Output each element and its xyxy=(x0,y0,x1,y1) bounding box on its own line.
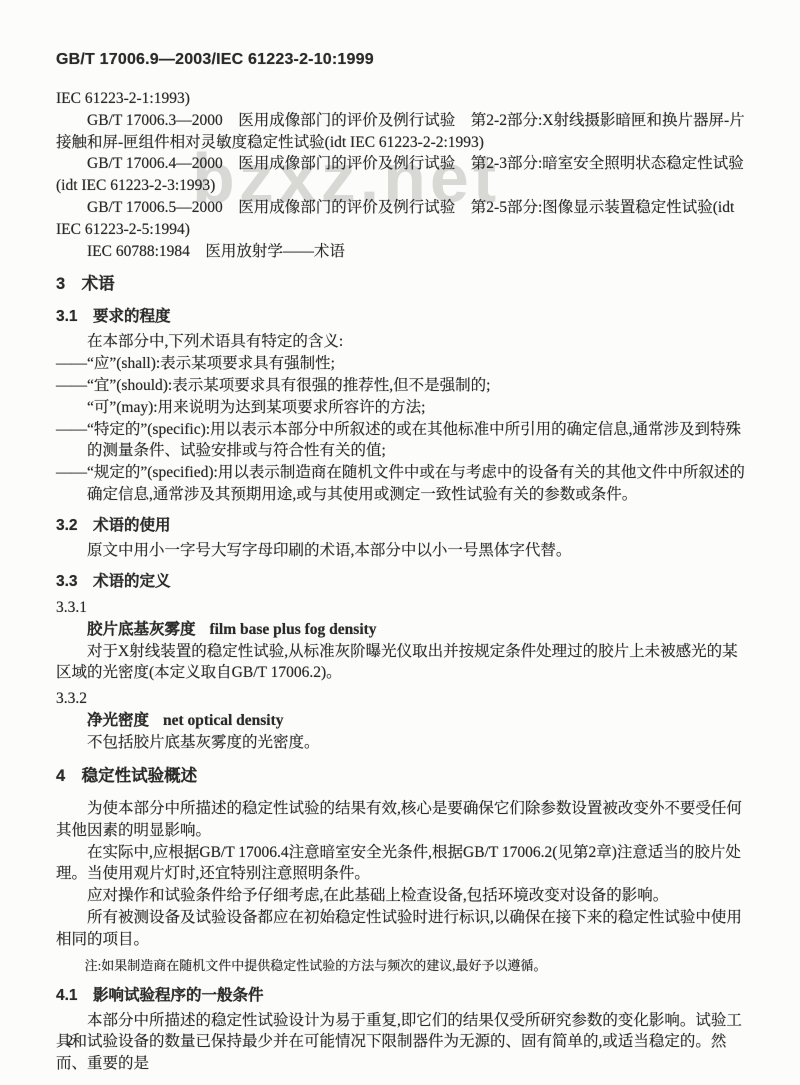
section-3-1-heading: 3.1 要求的程度 xyxy=(56,306,748,328)
term-usage-item: ——“宜”(should):表示某项要求具有很强的推荐性,但不是强制的; xyxy=(56,375,748,397)
document-header: GB/T 17006.9—2003/IEC 61223-2-10:1999 xyxy=(56,50,748,70)
page-content: GB/T 17006.9—2003/IEC 61223-2-10:1999 IE… xyxy=(56,50,748,1075)
term-usage-item: ——“应”(shall):表示某项要求具有强制性; xyxy=(56,353,748,375)
term-chinese: 净光密度 xyxy=(87,712,149,729)
term-english: net optical density xyxy=(163,712,284,729)
reference-item: IEC 60788:1984 医用放射学——术语 xyxy=(56,241,748,263)
scanned-standard-page: bzxz.net GB/T 17006.9—2003/IEC 61223-2-1… xyxy=(0,0,800,1085)
term-usage-item: “可”(may):用来说明为达到某项要求所容许的方法; xyxy=(56,397,748,419)
term-english: film base plus fog density xyxy=(209,621,376,638)
section-4-heading: 4 稳定性试验概述 xyxy=(56,764,748,788)
term-chinese: 胶片底基灰雾度 xyxy=(87,621,196,638)
section-4-paragraph: 在实际中,应根据GB/T 17006.4注意暗室安全光条件,根据GB/T 170… xyxy=(56,842,748,886)
section-4-1-heading: 4.1 影响试验程序的一般条件 xyxy=(56,985,748,1007)
definition-block: 3.3.2 净光密度net optical density 不包括胶片底基灰雾度… xyxy=(56,688,748,754)
manufacturer-note: 注:如果制造商在随机文件中提供稳定性试验的方法与频次的建议,最好予以遵循。 xyxy=(56,956,748,976)
section-3-3-heading: 3.3 术语的定义 xyxy=(56,571,748,593)
reference-item: GB/T 17006.4—2000 医用成像部门的评价及例行试验 第2-3部分:… xyxy=(56,153,748,197)
section-4-paragraph: 应对操作和试验条件给予仔细考虑,在此基础上检查设备,包括环境改变对设备的影响。 xyxy=(56,885,748,907)
section-4-1-body: 本部分中所描述的稳定性试验设计为易于重复,即它们的结果仅受所研究参数的变化影响。… xyxy=(56,1010,748,1075)
page-number: 2 xyxy=(66,1033,73,1050)
reference-continuation: IEC 61223-2-1:1993) xyxy=(56,88,748,110)
section-3-2-heading: 3.2 术语的使用 xyxy=(56,515,748,537)
definition-body: 不包括胶片底基灰雾度的光密度。 xyxy=(56,732,748,754)
definition-number: 3.3.1 xyxy=(56,597,748,619)
definition-term-line: 净光密度net optical density xyxy=(56,710,748,732)
definition-body: 对于X射线装置的稳定性试验,从标准灰阶曝光仪取出并按规定条件处理过的胶片上未被感… xyxy=(56,641,748,685)
section-4-paragraph: 为使本部分中所描述的稳定性试验的结果有效,核心是要确保它们除参数设置被改变外不要… xyxy=(56,798,748,842)
normative-references: IEC 61223-2-1:1993) GB/T 17006.3—2000 医用… xyxy=(56,88,748,262)
section-4-paragraph: 所有被测设备及试验设备都应在初始稳定性试验时进行标识,以确保在接下来的稳定性试验… xyxy=(56,907,748,951)
reference-item: GB/T 17006.3—2000 医用成像部门的评价及例行试验 第2-2部分:… xyxy=(56,110,748,154)
section-3-heading: 3 术语 xyxy=(56,272,748,296)
definition-number: 3.3.2 xyxy=(56,688,748,710)
definition-block: 3.3.1 胶片底基灰雾度film base plus fog density … xyxy=(56,597,748,685)
terms-intro: 在本部分中,下列术语具有特定的含义: xyxy=(56,331,748,353)
definition-term-line: 胶片底基灰雾度film base plus fog density xyxy=(56,619,748,641)
reference-item: GB/T 17006.5—2000 医用成像部门的评价及例行试验 第2-5部分:… xyxy=(56,197,748,241)
section-3-2-body: 原文中用小一字号大写字母印刷的术语,本部分中以小一号黑体字代替。 xyxy=(56,540,748,562)
term-usage-item: ——“规定的”(specified):用以表示制造商在随机文件中或在与考虑中的设… xyxy=(56,462,748,506)
term-usage-item: ——“特定的”(specific):用以表示本部分中所叙述的或在其他标准中所引用… xyxy=(56,419,748,463)
